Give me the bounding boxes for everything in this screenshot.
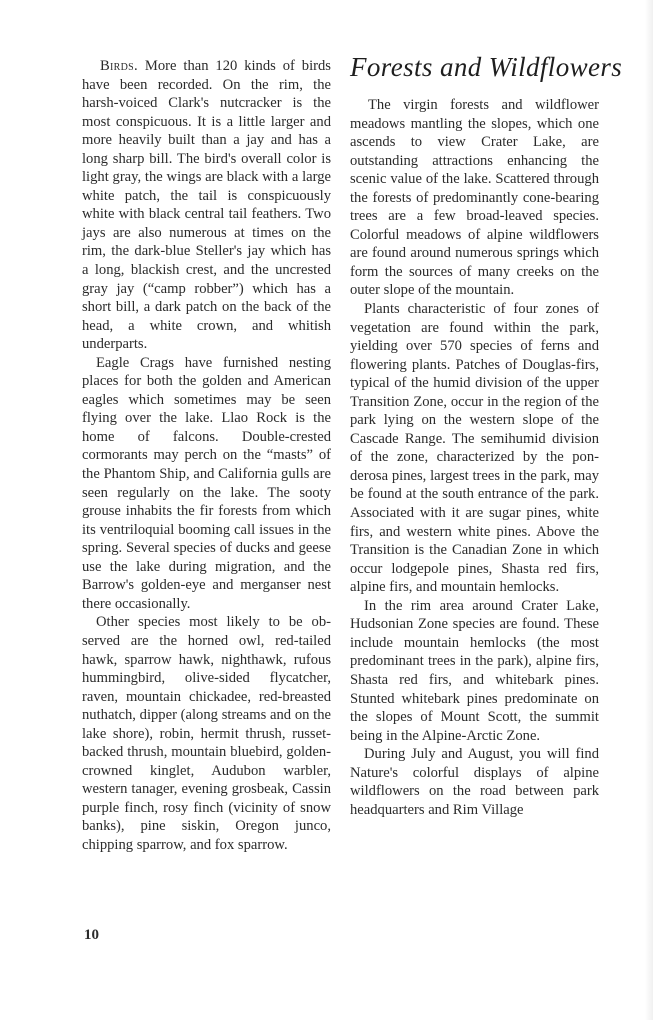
paragraph-other-species: Other species most likely to be ob­serve…: [82, 613, 331, 854]
page-edge: [645, 0, 653, 1020]
paragraph-birds: Birds. More than 120 kinds of birds have…: [82, 57, 331, 354]
paragraph-rim-area: In the rim area around Crater Lake, Huds…: [350, 597, 599, 745]
page-number: 10: [84, 927, 99, 944]
left-column: Birds. More than 120 kinds of birds have…: [82, 57, 331, 855]
section-lead-birds: Birds.: [100, 58, 138, 74]
section-heading: Forests and Wildflowers: [350, 52, 622, 83]
right-column: The virgin forests and wildflower meadow…: [350, 96, 599, 819]
paragraph-july-august: During July and August, you will find Na…: [350, 745, 599, 819]
book-page: Birds. More than 120 kinds of birds have…: [0, 0, 653, 1020]
paragraph-eagles: Eagle Crags have furnished nesting place…: [82, 354, 331, 614]
paragraph-text: More than 120 kinds of birds have been r…: [82, 58, 331, 352]
paragraph-forests-intro: The virgin forests and wildflower meadow…: [350, 96, 599, 300]
paragraph-vegetation-zones: Plants characteristic of four zones of v…: [350, 300, 599, 597]
